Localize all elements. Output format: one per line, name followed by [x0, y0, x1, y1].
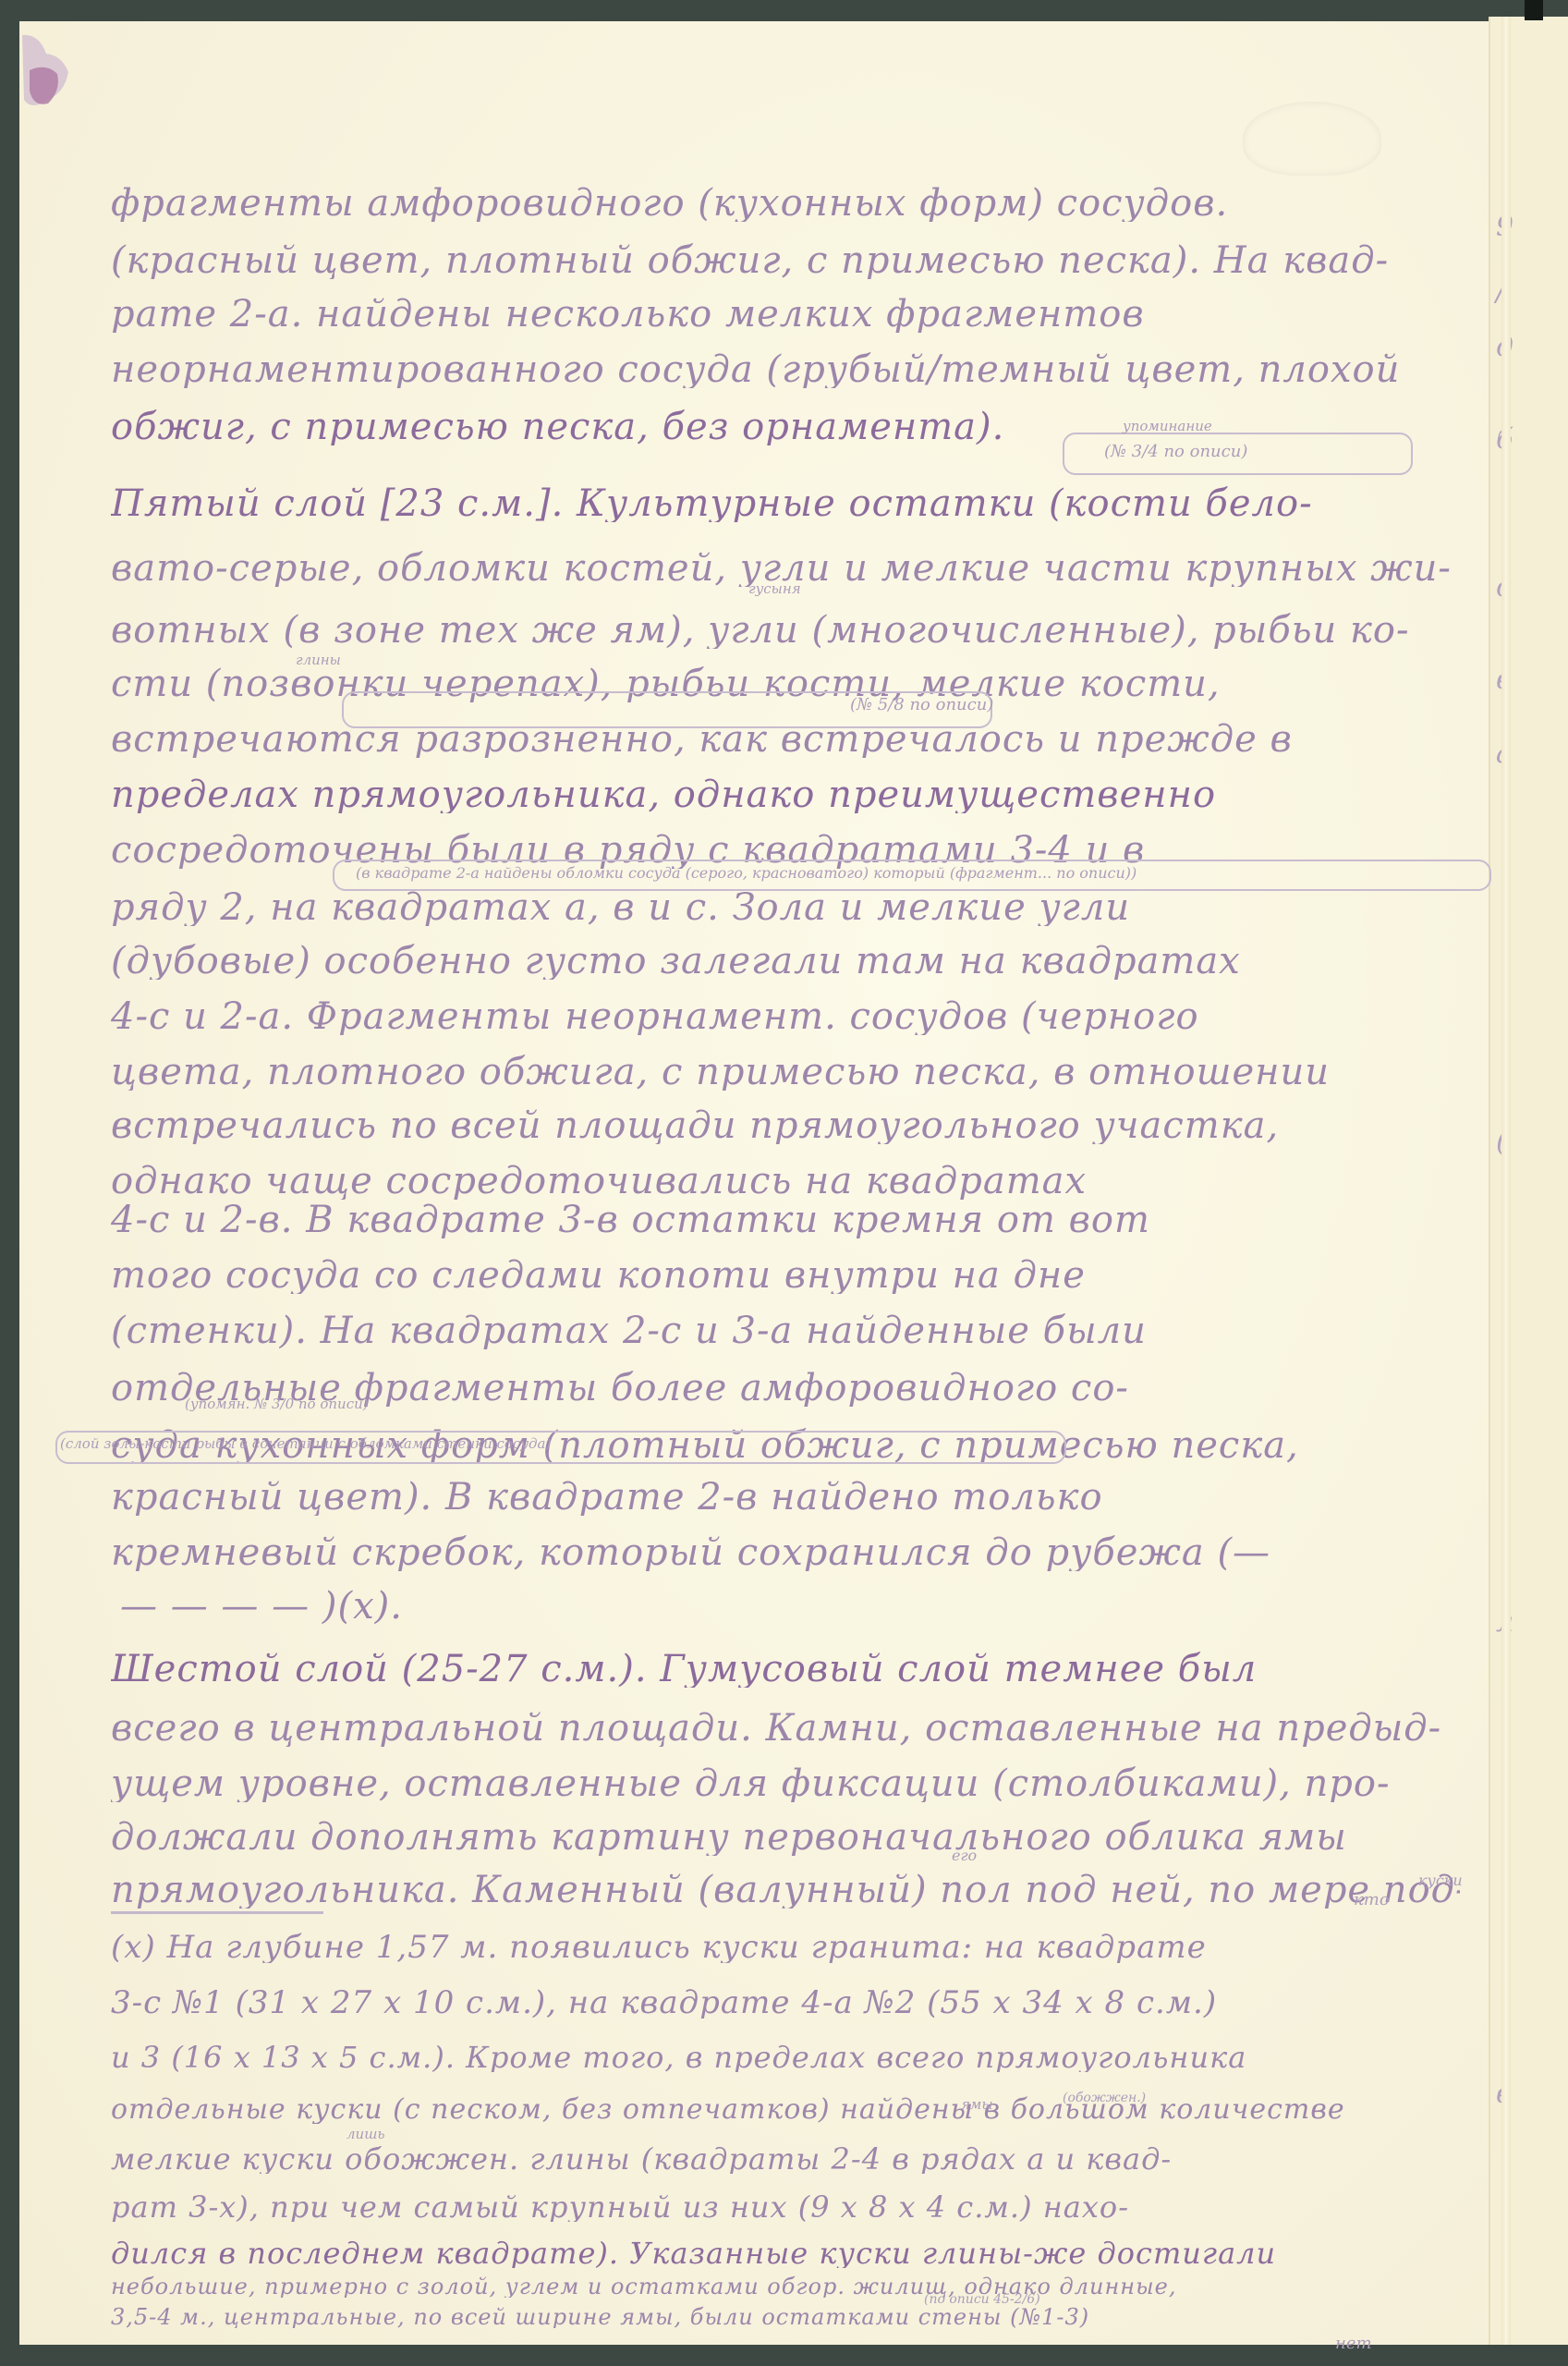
footnote-line: рат 3-х), при чем самый крупный из них (…	[111, 2192, 1460, 2222]
adjacent-page-edge: 9 / д б с в а ( л в	[1489, 17, 1568, 2345]
text-line: ущем уровне, оставленные для фиксации (с…	[111, 1765, 1460, 1802]
annotation: (упомян. № 3/0 по описи)	[185, 1396, 369, 1412]
text-line: встречались по всей площади прямоугольно…	[111, 1107, 1460, 1144]
text-line: всего в центральной площади. Камни, оста…	[111, 1710, 1460, 1747]
footnote-line: (x) На глубине 1,57 м. появились куски г…	[111, 1932, 1460, 1963]
text-line: цвета, плотного обжига, с примесью песка…	[111, 1054, 1460, 1091]
annotation: (по описи 45-2/6)	[924, 2292, 1040, 2307]
annotation: глины	[296, 652, 341, 668]
text-line: рате 2-а. найдены несколько мелких фрагм…	[111, 296, 1460, 333]
footnote-line: и 3 (16 x 13 x 5 с.м.). Кроме того, в пр…	[111, 2043, 1460, 2072]
page-gutter	[1501, 17, 1511, 2345]
text-line: вотных (в зоне тех же ям), угли (многочи…	[111, 612, 1460, 649]
footnote-line: мелкие куски обожжен. глины (квадраты 2-…	[111, 2144, 1460, 2174]
text-line: должали дополнять картину первоначальног…	[111, 1819, 1460, 1856]
annotation: (обожжен.)	[1063, 2091, 1146, 2105]
footnote-line: 3-с №1 (31 x 27 x 10 с.м.), на квадрате …	[111, 1987, 1460, 2018]
text-line: (стенки). На квадратах 2-с и 3-а найденн…	[111, 1312, 1460, 1349]
annotation: (в квадрате 2-а найдены обломки сосуда (…	[356, 864, 1136, 882]
text-line: фрагменты амфоровидного (кухонных форм) …	[111, 185, 1460, 222]
text-line: того сосуда со следами копоти внутри на …	[111, 1257, 1460, 1294]
annotation: (слой золы-кости рыбы в сочетании с обло…	[60, 1435, 551, 1452]
annotation: (№ 3/4 по описи)	[1104, 442, 1247, 461]
annotation: куски	[1418, 1872, 1463, 1889]
text-line: красный цвет). В квадрате 2-в найдено то…	[111, 1479, 1460, 1516]
text-line: 4-с и 2-в. В квадрате 3-в остатки кремня…	[111, 1201, 1460, 1238]
embossed-stamp	[1243, 102, 1381, 176]
text-line: — — — — )(x).	[120, 1588, 1469, 1625]
text-line: 4-с и 2-а. Фрагменты неорнамент. сосудов…	[111, 998, 1460, 1035]
text-line: (дубовые) особенно густо залегали там на…	[111, 943, 1460, 980]
footnote-separator	[111, 1911, 323, 1914]
annotation: нет	[1335, 2334, 1372, 2353]
annotation: лишь	[346, 2126, 385, 2142]
text-line: прямоугольника. Каменный (валунный) пол …	[111, 1872, 1460, 1909]
annotation: его	[952, 1847, 977, 1864]
annotation: ямы	[961, 2096, 993, 2113]
text-line: неорнаментированного сосуда (грубый/темн…	[111, 351, 1460, 388]
annotation: упоминание	[1123, 418, 1212, 434]
text-line: пределах прямоугольника, однако преимуще…	[111, 776, 1460, 813]
footnote-line: небольшие, примерно с золой, углем и ост…	[111, 2275, 1460, 2298]
annotation: (№ 5/8 по описи)	[850, 695, 993, 714]
text-line: однако чаще сосредоточивались на квадрат…	[111, 1163, 1460, 1200]
text-line: ряду 2, на квадратах а, в и с. Зола и ме…	[111, 889, 1460, 926]
text-line: (красный цвет, плотный обжиг, с примесью…	[111, 242, 1460, 279]
annotation: кто	[1354, 1890, 1390, 1909]
binding-shadow	[1525, 0, 1543, 20]
ink-blot-icon	[20, 26, 103, 114]
footnote-line: отдельные куски (с песком, без отпечатко…	[111, 2096, 1460, 2124]
text-line: кремневый скребок, который сохранился до…	[111, 1534, 1460, 1571]
annotation: гусыня	[748, 580, 801, 597]
section-heading: Шестой слой (25-27 с.м.). Гумусовый слой…	[111, 1651, 1460, 1688]
footnote-line: дился в последнем квадрате). Указанные к…	[111, 2238, 1460, 2268]
footnote-line: 3,5-4 м., центральные, по всей ширине ям…	[111, 2306, 1460, 2328]
section-heading: Пятый слой [23 с.м.]. Культурные остатки…	[111, 485, 1460, 522]
